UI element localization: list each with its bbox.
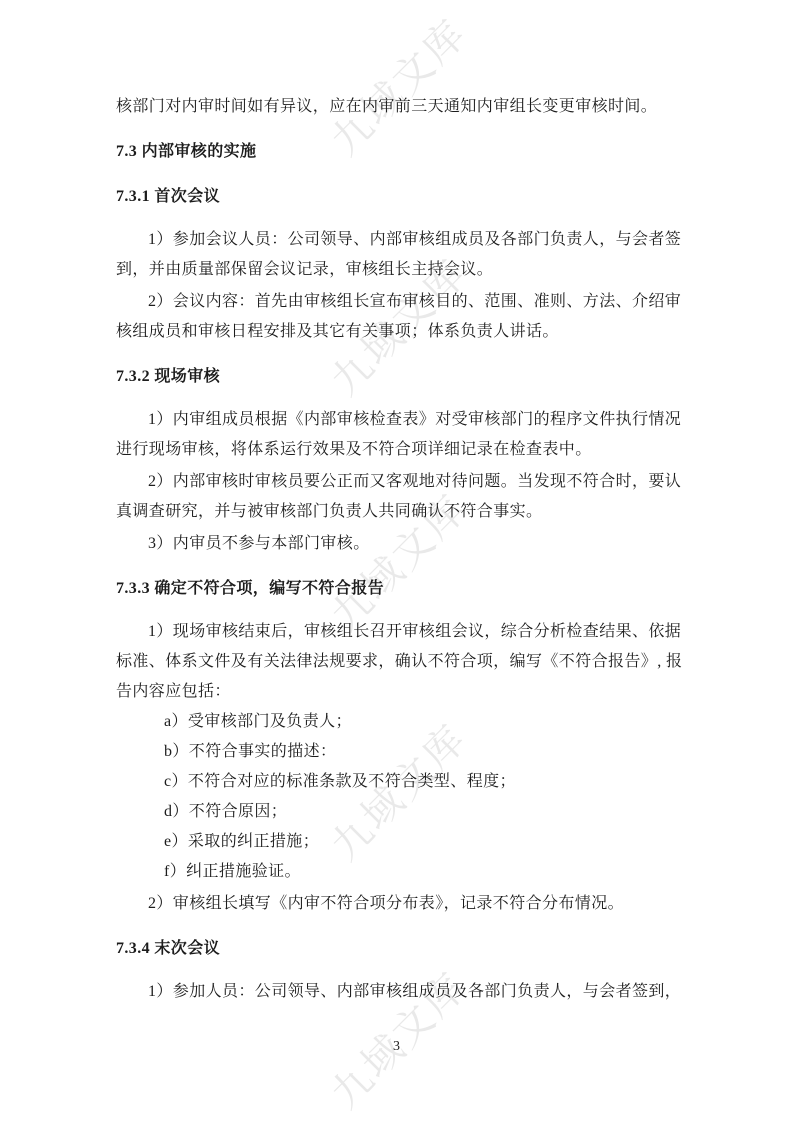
text-line: 2）会议内容：首先由审核组长宣布审核目的、范围、准则、方法、介绍审 bbox=[116, 287, 678, 317]
list-item: f）纠正措施验证。 bbox=[164, 857, 678, 887]
text-line: 进行现场审核，将体系运行效果及不符合项详细记录在检查表中。 bbox=[116, 435, 678, 465]
section-heading: 7.3 内部审核的实施 bbox=[116, 137, 678, 167]
text-line: 2）审核组长填写《内审不符合项分布表》，记录不符合分布情况。 bbox=[116, 889, 678, 919]
page-number: 3 bbox=[0, 1036, 793, 1058]
text-line: 核组成员和审核日程安排及其它有关事项；体系负责人讲话。 bbox=[116, 317, 678, 347]
text-line: 到，并由质量部保留会议记录，审核组长主持会议。 bbox=[116, 255, 678, 285]
document-content: 核部门对内审时间如有异议，应在内审前三天通知内审组长变更审核时间。7.3 内部审… bbox=[116, 0, 678, 1007]
list-item: d）不符合原因； bbox=[164, 797, 678, 827]
text-line: 1）参加会议人员：公司领导、内部审核组成员及各部门负责人，与会者签 bbox=[116, 225, 678, 255]
text-line: 1）现场审核结束后，审核组长召开审核组会议，综合分析检查结果、依据 bbox=[116, 617, 678, 647]
list-item: e）采取的纠正措施； bbox=[164, 827, 678, 857]
text-line: 核部门对内审时间如有异议，应在内审前三天通知内审组长变更审核时间。 bbox=[116, 92, 678, 122]
section-heading: 7.3.3 确定不符合项，编写不符合报告 bbox=[116, 574, 678, 604]
list-item: c）不符合对应的标准条款及不符合类型、程度； bbox=[164, 767, 678, 797]
list-item: b）不符合事实的描述： bbox=[164, 737, 678, 767]
section-heading: 7.3.4 末次会议 bbox=[116, 934, 678, 964]
text-line: 3）内审员不参与本部门审核。 bbox=[116, 529, 678, 559]
text-line: 告内容应包括： bbox=[116, 677, 678, 707]
list-item: a）受审核部门及负责人； bbox=[164, 707, 678, 737]
section-heading: 7.3.1 首次会议 bbox=[116, 182, 678, 212]
text-line: 真调查研究，并与被审核部门负责人共同确认不符合事实。 bbox=[116, 497, 678, 527]
text-line: 标准、体系文件及有关法律法规要求，确认不符合项，编写《不符合报告》, 报 bbox=[116, 647, 678, 677]
document-page: 九域文库 九域文库 九域文库 九域文库 九域文库 核部门对内审时间如有异议，应在… bbox=[0, 0, 793, 1122]
section-heading: 7.3.2 现场审核 bbox=[116, 362, 678, 392]
text-line: 1）内审组成员根据《内部审核检查表》对受审核部门的程序文件执行情况 bbox=[116, 405, 678, 435]
text-line: 2）内部审核时审核员要公正而又客观地对待问题。当发现不符合时，要认 bbox=[116, 467, 678, 497]
text-line: 1）参加人员：公司领导、内部审核组成员及各部门负责人，与会者签到， bbox=[116, 977, 678, 1007]
